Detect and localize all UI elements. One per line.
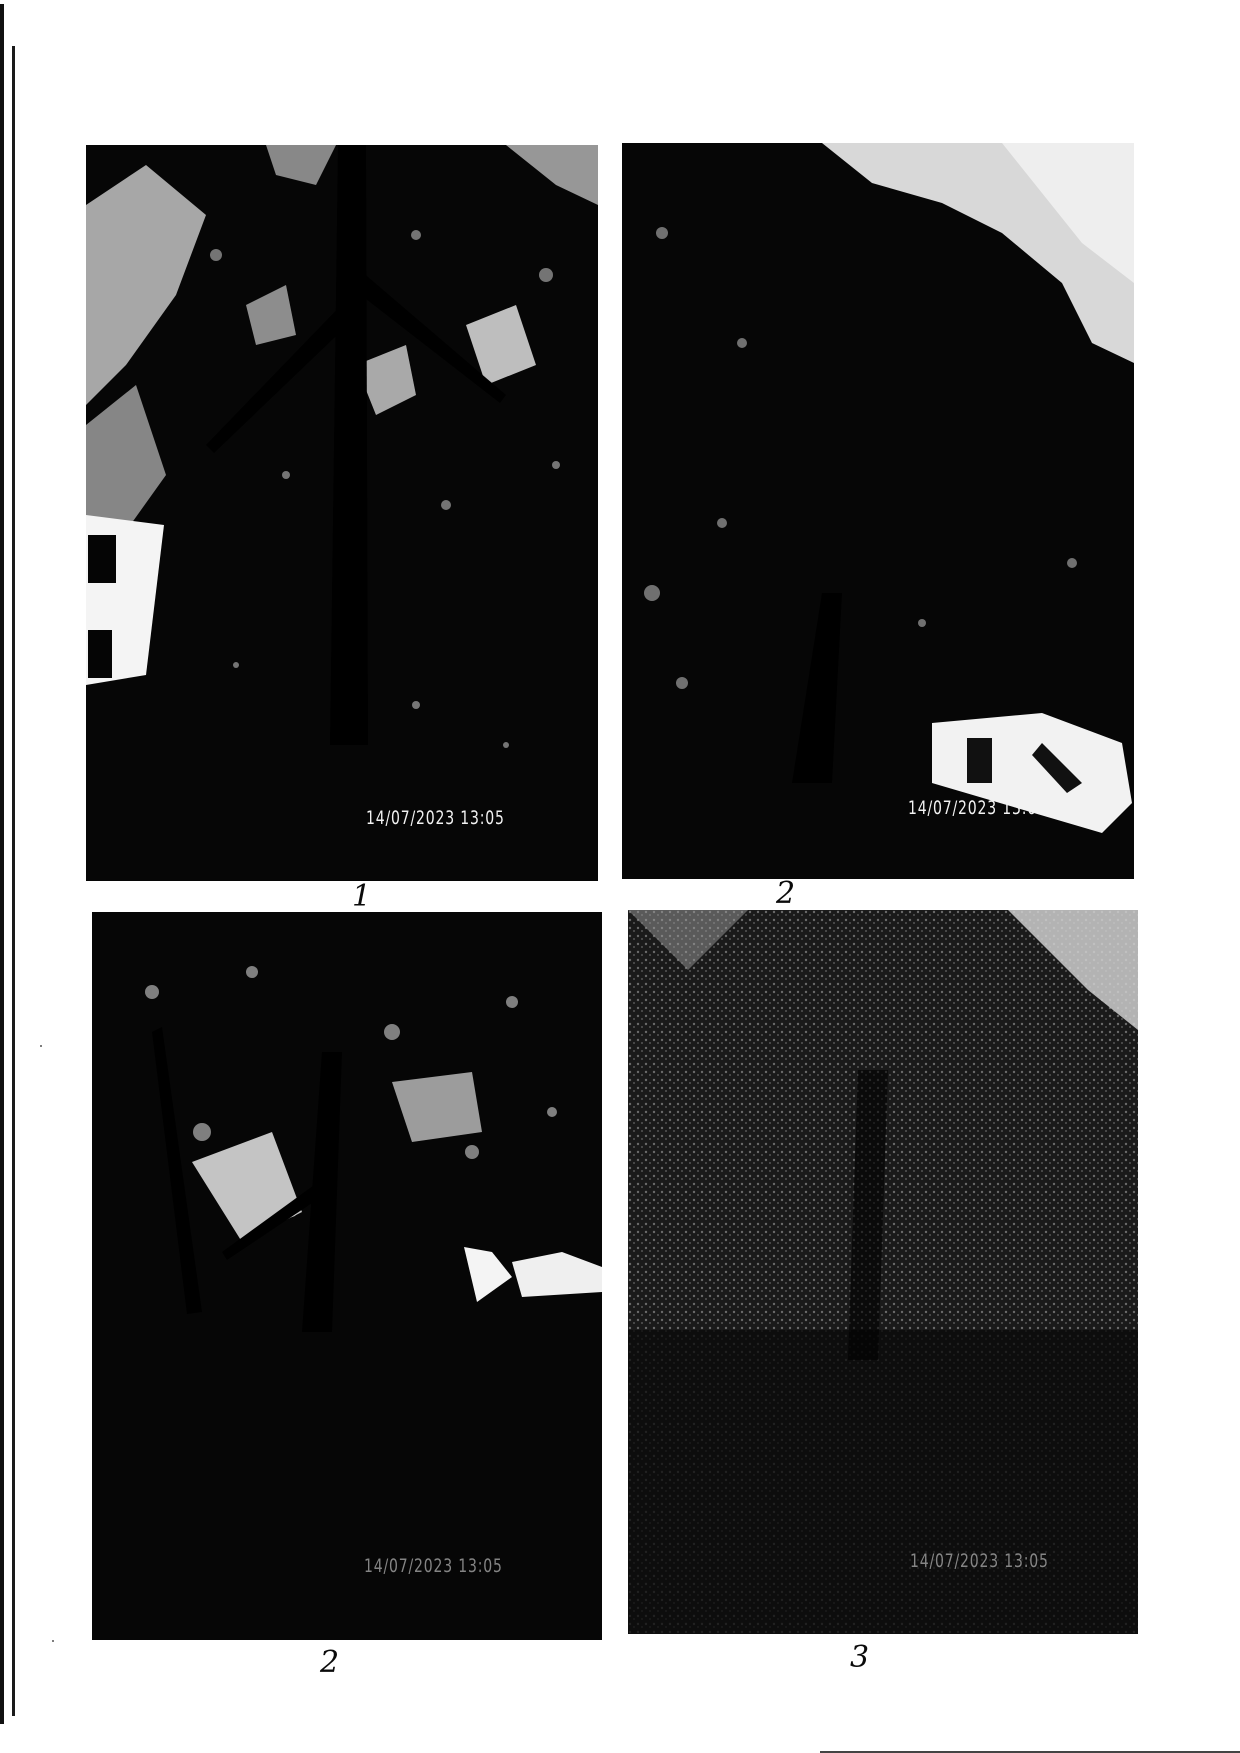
photo-2: 14/07/2023 13:05 xyxy=(622,143,1134,879)
tree-photo-image xyxy=(628,910,1138,1634)
photo-timestamp: 14/07/2023 13:05 xyxy=(908,797,1047,819)
photo-number-label: 2 xyxy=(320,1648,339,1678)
photo-timestamp: 14/07/2023 13:05 xyxy=(910,1550,1049,1572)
photo-number-label: 1 xyxy=(352,882,371,912)
tree-photo-image xyxy=(92,912,602,1640)
photo-number-label: 3 xyxy=(850,1643,869,1673)
photo-timestamp: 14/07/2023 13:05 xyxy=(364,1555,503,1577)
tree-photo-image xyxy=(86,145,598,881)
photo-1: 14/07/2023 13:05 xyxy=(86,145,598,881)
photo-number-label: 2 xyxy=(776,879,795,909)
scan-edge-inner xyxy=(12,46,15,1716)
photo-3: 14/07/2023 13:05 xyxy=(92,912,602,1640)
tree-photo-image xyxy=(622,143,1134,879)
photo-timestamp: 14/07/2023 13:05 xyxy=(366,807,505,829)
scan-speck xyxy=(52,1640,54,1642)
scan-edge-outer xyxy=(0,4,4,1724)
photo-4: 14/07/2023 13:05 xyxy=(628,910,1138,1634)
scan-speck xyxy=(40,1045,42,1047)
